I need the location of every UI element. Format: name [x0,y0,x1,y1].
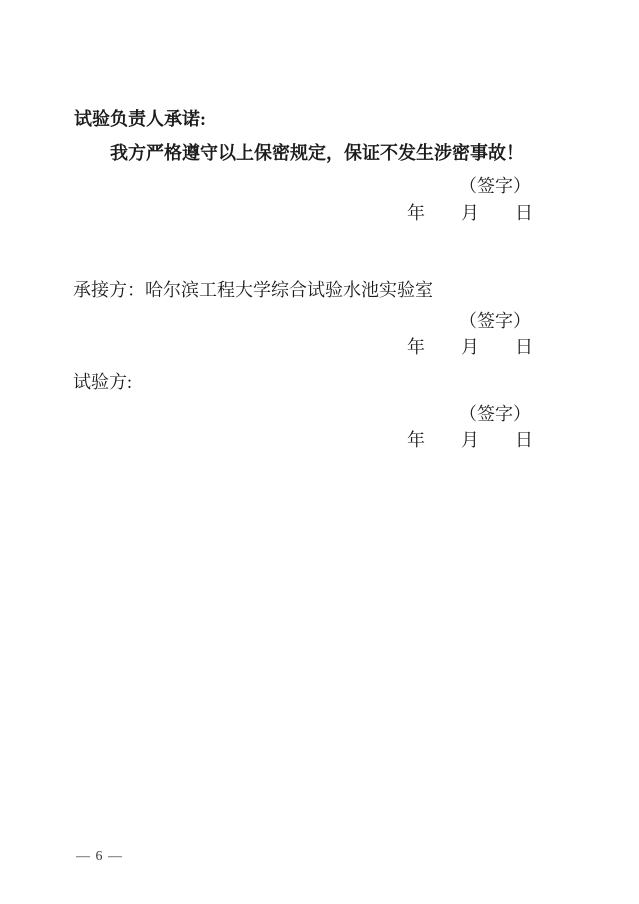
page-number: — 6 — [76,849,123,865]
contractor-date-line: 年 月 日 [407,337,533,359]
test-party-signature-label: （签字） [459,404,531,426]
contractor-label: 承接方：哈尔滨工程大学综合试验水池实验室 [73,280,433,302]
commitment-body: 我方严格遵守以上保密规定，保证不发生涉密事故！ [110,143,524,165]
commitment-heading: 试验负责人承诺: [74,109,206,131]
contractor-signature-label: （签字） [459,311,531,333]
commitment-signature-label: （签字） [459,176,531,198]
commitment-date-line: 年 月 日 [407,203,533,225]
test-party-date-line: 年 月 日 [407,430,533,452]
document-page: 试验负责人承诺: 我方严格遵守以上保密规定，保证不发生涉密事故！ （签字） 年 … [0,0,639,904]
test-party-label: 试验方: [73,372,132,394]
